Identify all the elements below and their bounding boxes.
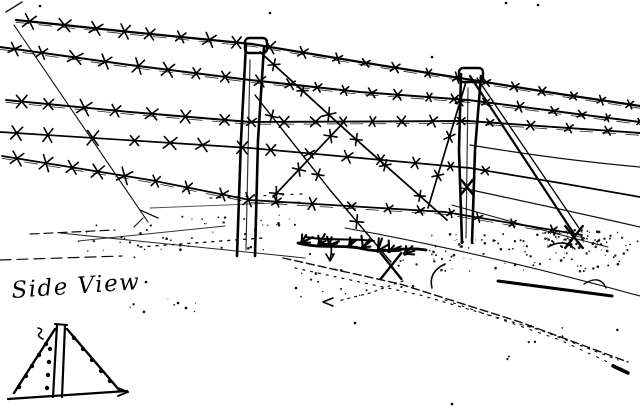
sideview-post-cap [55,324,67,325]
sideview-barb-dot [45,386,49,390]
sideview-barb-dot [44,342,48,346]
sketch-strokes [0,2,640,406]
sideview-barb-dot [30,364,34,368]
plain-lines [6,2,628,373]
barbed-wire-fence-sketch: Side View [0,0,640,412]
sideview-barb-dot [108,379,112,383]
sideview-barb-dot [90,358,94,362]
sketch-page: Side View [0,0,640,412]
sideview-barb-dot [37,353,41,357]
sideview-post-right-edge [62,325,65,397]
sideview-barb-dot [48,347,52,351]
sideview-barb-dot [24,374,28,378]
sideview-barb-dot [46,373,50,377]
sideview-barb-dot [17,385,21,389]
side-view-label: Side View [11,269,142,304]
sideview-barb-dot [99,369,103,373]
side-view-diagram [8,324,128,399]
sideview-barb-dot [81,347,85,351]
sideview-ground-line [8,391,127,399]
barbed-wire-4 [0,126,640,197]
fence-post-left [237,38,267,256]
sideview-post-left-edge [53,325,57,397]
sideview-barb-dot [47,360,51,364]
base-scribble [298,234,426,256]
sideview-barb-dot [72,336,76,340]
cross-wire-mid [270,123,343,200]
